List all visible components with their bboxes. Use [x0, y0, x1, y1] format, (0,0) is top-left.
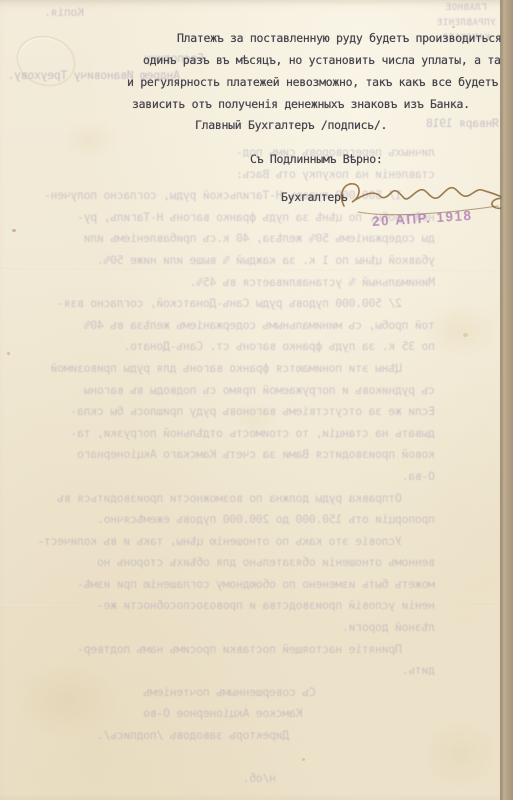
- ink-speck: [463, 333, 468, 337]
- page-edge-strip: [500, 0, 513, 800]
- ink-speck: [302, 758, 305, 761]
- bleedthrough-letterhead-line1: ГЛАВНОЕ УПРАВЛЕНІЕ: [425, 1, 507, 31]
- certification-line: Съ Подлиннымъ Вѣрно:: [250, 152, 382, 167]
- typed-line: и регулярность платежей невозможно, такъ…: [127, 75, 498, 90]
- bleedthrough-kopia-label: Копія.: [36, 5, 84, 20]
- ink-speck: [7, 352, 10, 355]
- emboss-mark: [10, 28, 83, 94]
- typed-line: Платежъ за поставленную руду будетъ прои…: [177, 31, 502, 46]
- ink-speck: [452, 26, 455, 28]
- typed-line: одинъ разъ въ мѣсяцъ, но установить числ…: [143, 53, 513, 68]
- scanned-document-page: ГЛАВНОЕ УПРАВЛЕНІЕ КАМСКАГО Копія. Госпо…: [0, 0, 513, 800]
- bleedthrough-body-text: личныхъ переговоровъ симъ под- ставленіи…: [0, 142, 470, 790]
- paper-sheet: ГЛАВНОЕ УПРАВЛЕНІЕ КАМСКАГО Копія. Госпо…: [0, 0, 513, 800]
- typed-line: зависить отъ полученія денежныхъ знаковъ…: [132, 97, 470, 112]
- bleedthrough-date: 27 Января 1918: [394, 116, 513, 131]
- typed-line-chief-accountant: Главный Бухгалтеръ /подпись/.: [195, 118, 387, 133]
- ink-speck: [12, 229, 16, 232]
